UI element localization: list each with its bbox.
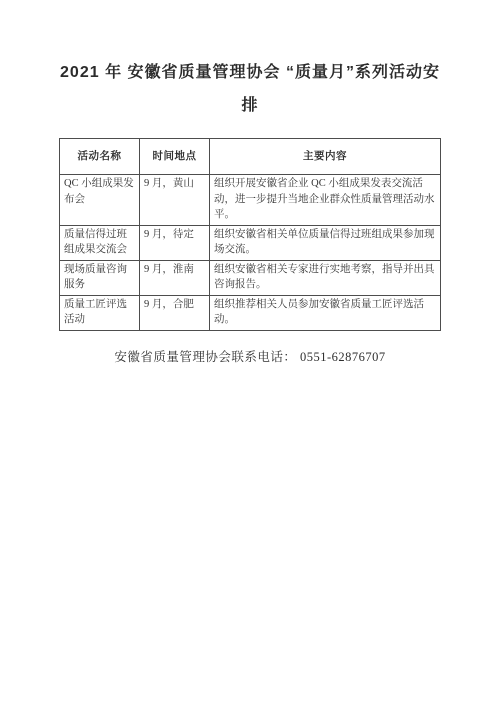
page-title-line-2: 排 [0, 89, 500, 122]
cell-time-place: 9 月，黄山 [140, 175, 210, 226]
table-row: 质量工匠评选活动 9 月，合肥 组织推荐相关人员参加安徽省质量工匠评选活动。 [60, 295, 441, 330]
cell-content: 组织开展安徽省企业 QC 小组成果发表交流活动，进一步提升当地企业群众性质量管理… [210, 175, 441, 226]
cell-activity: 质量工匠评选活动 [60, 295, 140, 330]
cell-time-place: 9 月，待定 [140, 225, 210, 260]
footer-contact-phone: 安徽省质量管理协会联系电话： 0551-62876707 [0, 347, 500, 365]
document-page: 2021 年 安徽省质量管理协会 “质量月”系列活动安 排 活动名称 时间地点 … [0, 0, 500, 707]
table-row: 现场质量咨询服务 9 月，淮南 组织安徽省相关专家进行实地考察，指导并出具咨询报… [60, 260, 441, 295]
header-activity-name: 活动名称 [60, 139, 140, 175]
cell-content: 组织安徽省相关专家进行实地考察，指导并出具咨询报告。 [210, 260, 441, 295]
table-row: QC 小组成果发布会 9 月，黄山 组织开展安徽省企业 QC 小组成果发表交流活… [60, 175, 441, 226]
header-main-content: 主要内容 [210, 139, 441, 175]
header-time-place: 时间地点 [140, 139, 210, 175]
page-title: 2021 年 安徽省质量管理协会 “质量月”系列活动安 排 [0, 56, 500, 122]
table-row: 质量信得过班组成果交流会 9 月，待定 组织安徽省相关单位质量信得过班组成果参加… [60, 225, 441, 260]
cell-activity: QC 小组成果发布会 [60, 175, 140, 226]
cell-time-place: 9 月，淮南 [140, 260, 210, 295]
cell-time-place: 9 月，合肥 [140, 295, 210, 330]
cell-content: 组织安徽省相关单位质量信得过班组成果参加现场交流。 [210, 225, 441, 260]
page-title-line-1: 2021 年 安徽省质量管理协会 “质量月”系列活动安 [0, 56, 500, 89]
cell-activity: 现场质量咨询服务 [60, 260, 140, 295]
cell-activity: 质量信得过班组成果交流会 [60, 225, 140, 260]
table-header-row: 活动名称 时间地点 主要内容 [60, 139, 441, 175]
activities-table: 活动名称 时间地点 主要内容 QC 小组成果发布会 9 月，黄山 组织开展安徽省… [59, 138, 441, 331]
cell-content: 组织推荐相关人员参加安徽省质量工匠评选活动。 [210, 295, 441, 330]
